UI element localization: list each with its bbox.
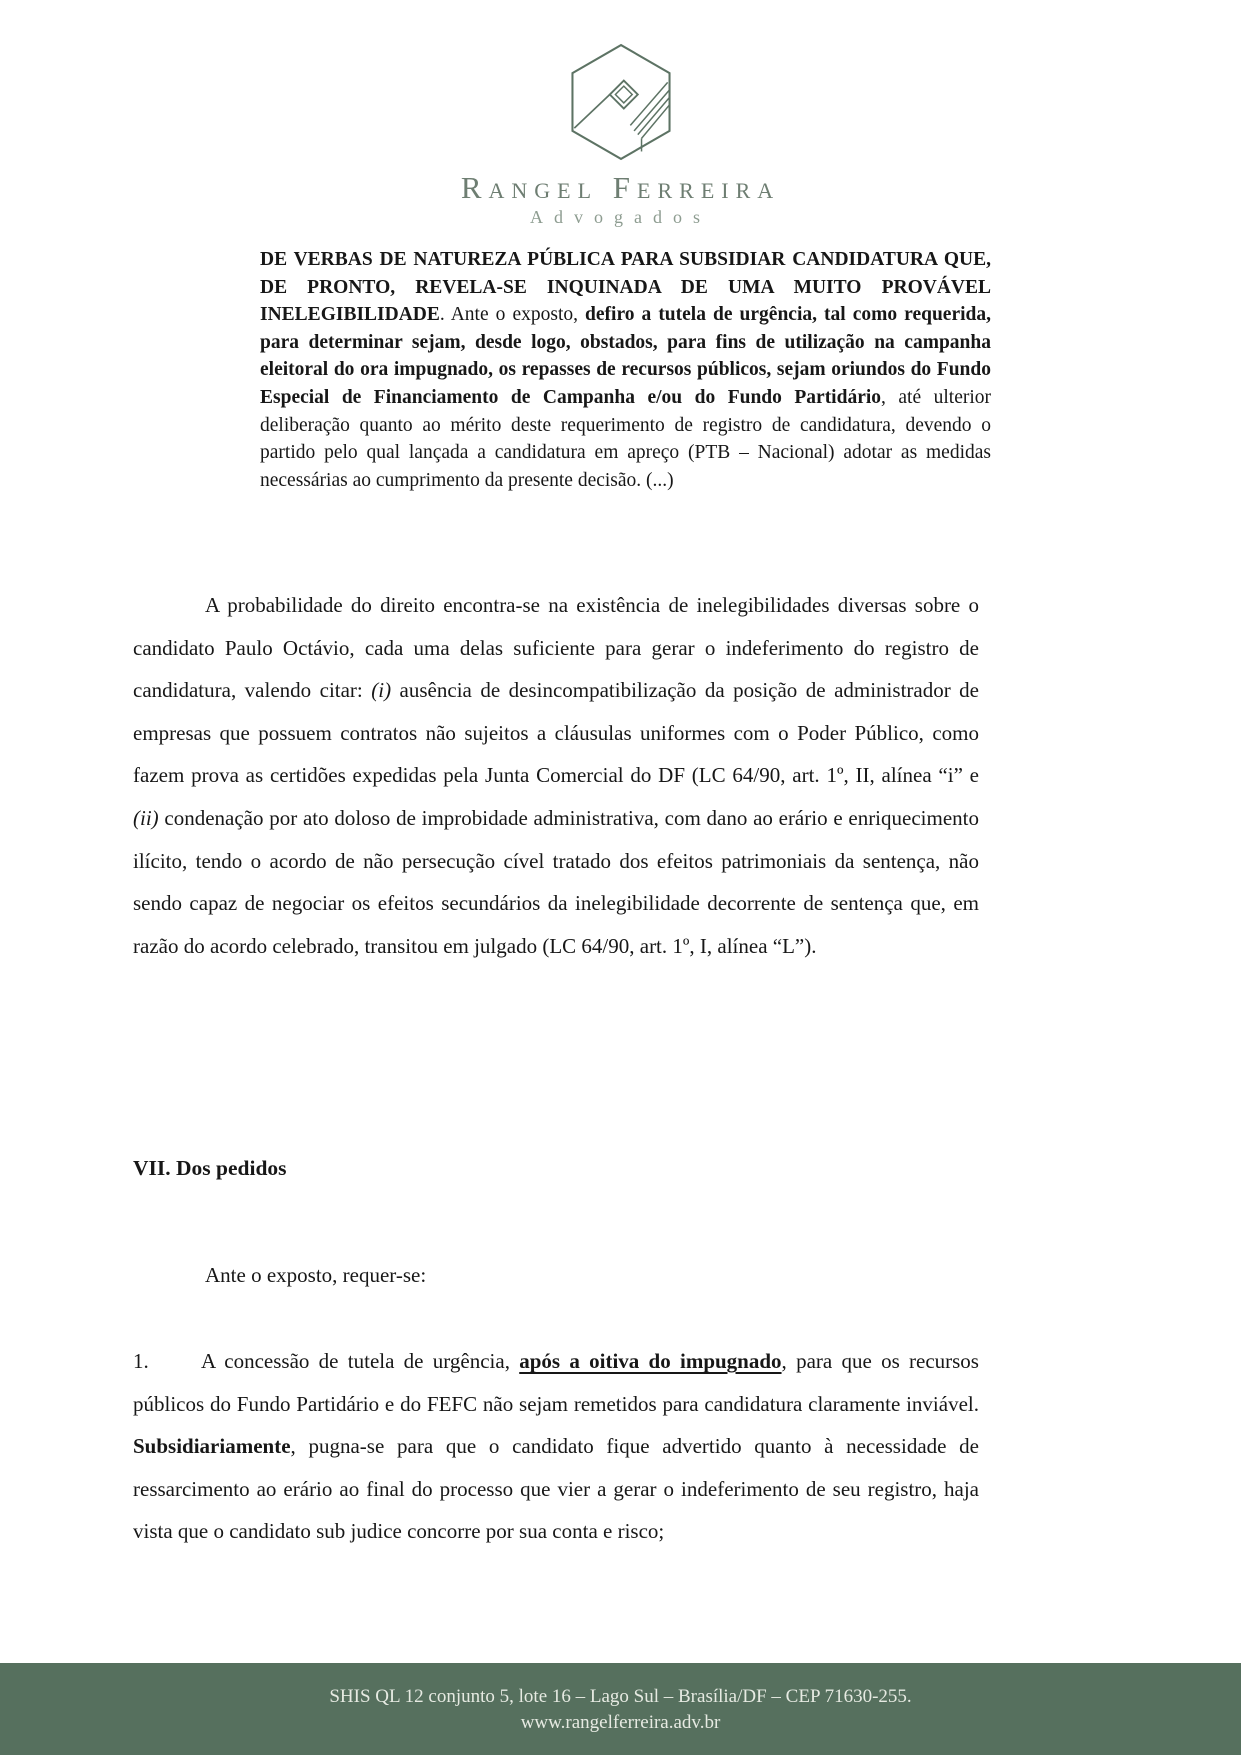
section-heading: VII. Dos pedidos — [133, 1156, 287, 1181]
brand-subtitle: Advogados — [0, 207, 1241, 228]
request-item-1: 1.A concessão de tutela de urgência, apó… — [133, 1340, 979, 1553]
paragraph-probabilidade: A probabilidade do direito encontra-se n… — [133, 584, 979, 967]
text-run: (ii) — [133, 806, 159, 830]
text-run: após a oitiva do impugnado — [519, 1349, 781, 1373]
letterhead: Rangel Ferreira Advogados — [0, 38, 1241, 228]
text-run: A concessão de tutela de urgência, — [201, 1349, 519, 1373]
text-run: (i) — [371, 678, 391, 702]
document-page: Rangel Ferreira Advogados DE VERBAS DE N… — [0, 0, 1241, 1755]
paragraph-ante-o-exposto: Ante o exposto, requer-se: — [133, 1254, 979, 1297]
text-run: . Ante o exposto, — [440, 304, 585, 325]
brand-name: Rangel Ferreira — [0, 170, 1241, 206]
logo-hexagon-icon — [565, 38, 677, 166]
item-number: 1. — [133, 1340, 201, 1383]
citation-block: DE VERBAS DE NATUREZA PÚBLICA PARA SUBSI… — [260, 246, 991, 494]
text-run: Subsidiariamente — [133, 1434, 291, 1458]
page-footer: SHIS QL 12 conjunto 5, lote 16 – Lago Su… — [0, 1663, 1241, 1755]
item-text: A concessão de tutela de urgência, após … — [133, 1349, 979, 1543]
text-run: condenação por ato doloso de improbidade… — [133, 806, 979, 958]
footer-website: www.rangelferreira.adv.br — [521, 1711, 721, 1734]
footer-address: SHIS QL 12 conjunto 5, lote 16 – Lago Su… — [329, 1685, 911, 1708]
text-run: Ante o exposto, requer-se: — [205, 1263, 426, 1287]
